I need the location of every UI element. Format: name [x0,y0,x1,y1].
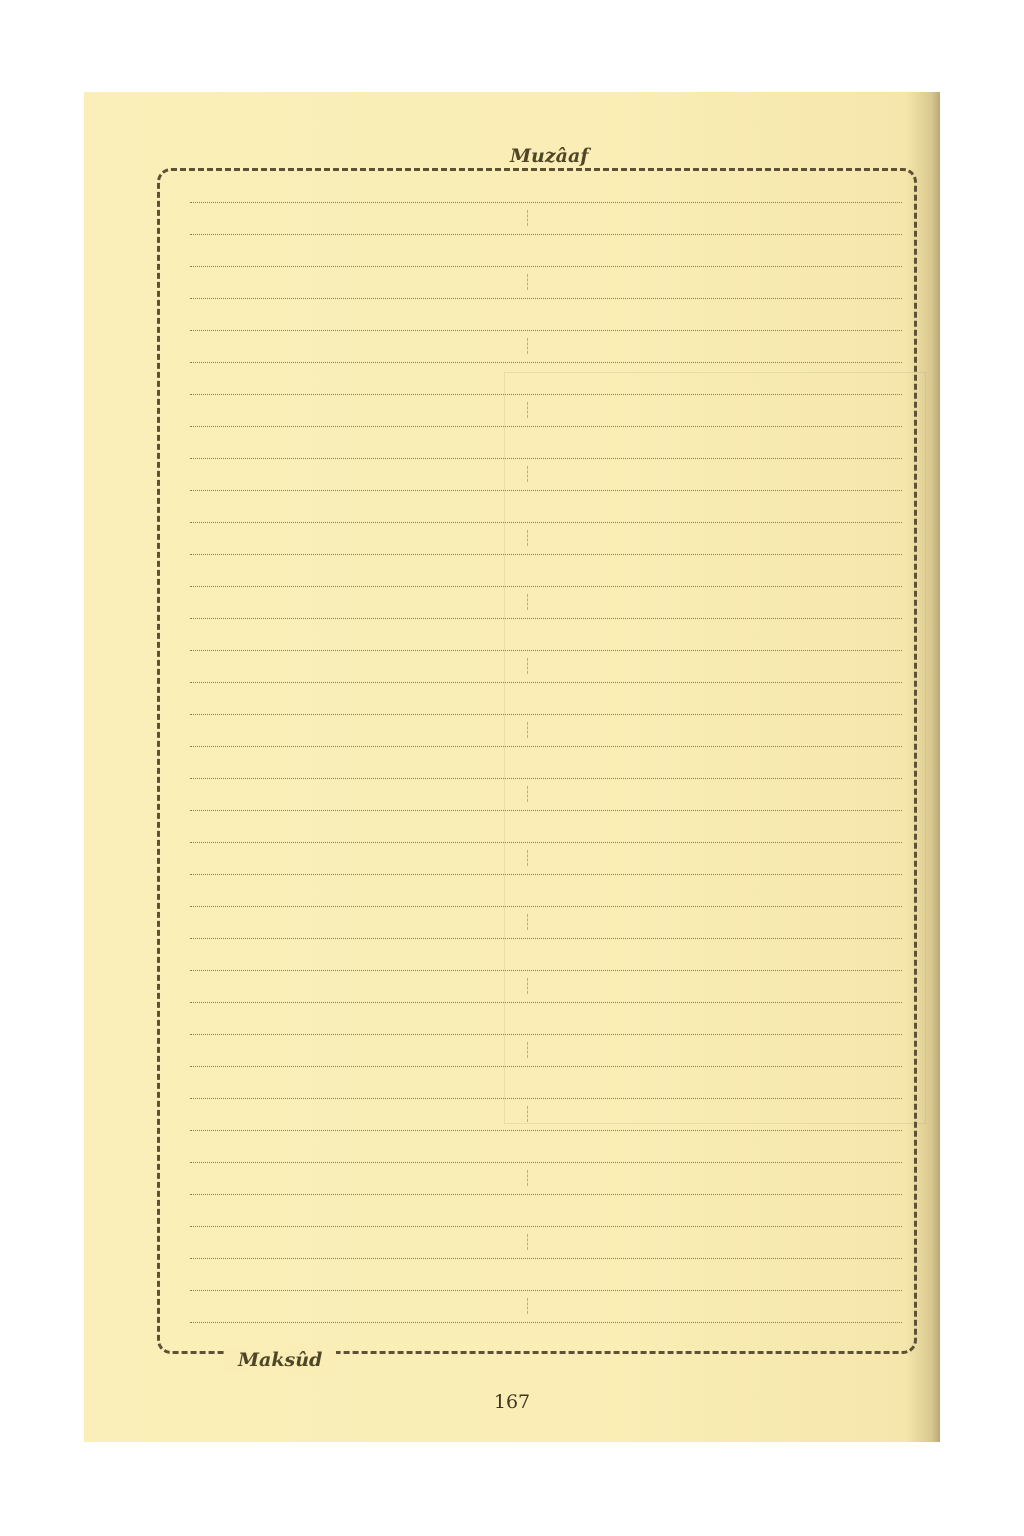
top-label: Muzâaf [496,144,602,168]
center-guide-mark [527,722,528,738]
ruled-line [190,970,902,971]
ruled-line [190,1322,902,1323]
ruled-line [190,1002,902,1003]
center-guide-mark [527,274,528,290]
notebook-page: Muzâaf Maksûd 167 [84,92,940,1442]
center-guide-mark [527,402,528,418]
center-guide-mark [527,1042,528,1058]
page-number: 167 [84,1391,940,1413]
ruled-line [190,1226,902,1227]
ruled-line [190,554,902,555]
center-guide-mark [527,786,528,802]
ruled-line [190,522,902,523]
ruled-line [190,266,902,267]
dashed-writing-frame [157,168,917,1354]
ruled-line [190,714,902,715]
ruled-line [190,458,902,459]
center-guide-mark [527,1234,528,1250]
center-guide-mark [527,850,528,866]
ruled-line [190,906,902,907]
ruled-line [190,1162,902,1163]
ruled-line [190,298,902,299]
ruled-line [190,234,902,235]
ruled-line [190,490,902,491]
ruled-line [190,426,902,427]
ruled-line [190,874,902,875]
ruled-line [190,1290,902,1291]
ruled-line [190,1098,902,1099]
center-guide-mark [527,914,528,930]
center-guide-mark [527,1170,528,1186]
ruled-line [190,842,902,843]
center-guide-mark [527,338,528,354]
ruled-line [190,938,902,939]
ruled-line [190,1258,902,1259]
ruled-line [190,1194,902,1195]
ruled-line [190,650,902,651]
center-guide-mark [527,594,528,610]
center-guide-mark [527,466,528,482]
center-guide-mark [527,1298,528,1314]
center-guide-mark [527,978,528,994]
ruled-line [190,682,902,683]
ruled-line [190,362,902,363]
center-guide-mark [527,530,528,546]
ruled-line [190,586,902,587]
ruled-line [190,778,902,779]
ruled-line [190,1066,902,1067]
ruled-line [190,330,902,331]
center-guide-mark [527,1106,528,1122]
center-guide-mark [527,658,528,674]
ruled-line [190,746,902,747]
ruled-line [190,618,902,619]
ruled-line [190,394,902,395]
ruled-line [190,1130,902,1131]
ruled-line [190,202,902,203]
bottom-label: Maksûd [224,1348,336,1372]
center-guide-mark [527,210,528,226]
ruled-line [190,1034,902,1035]
ruled-line [190,810,902,811]
